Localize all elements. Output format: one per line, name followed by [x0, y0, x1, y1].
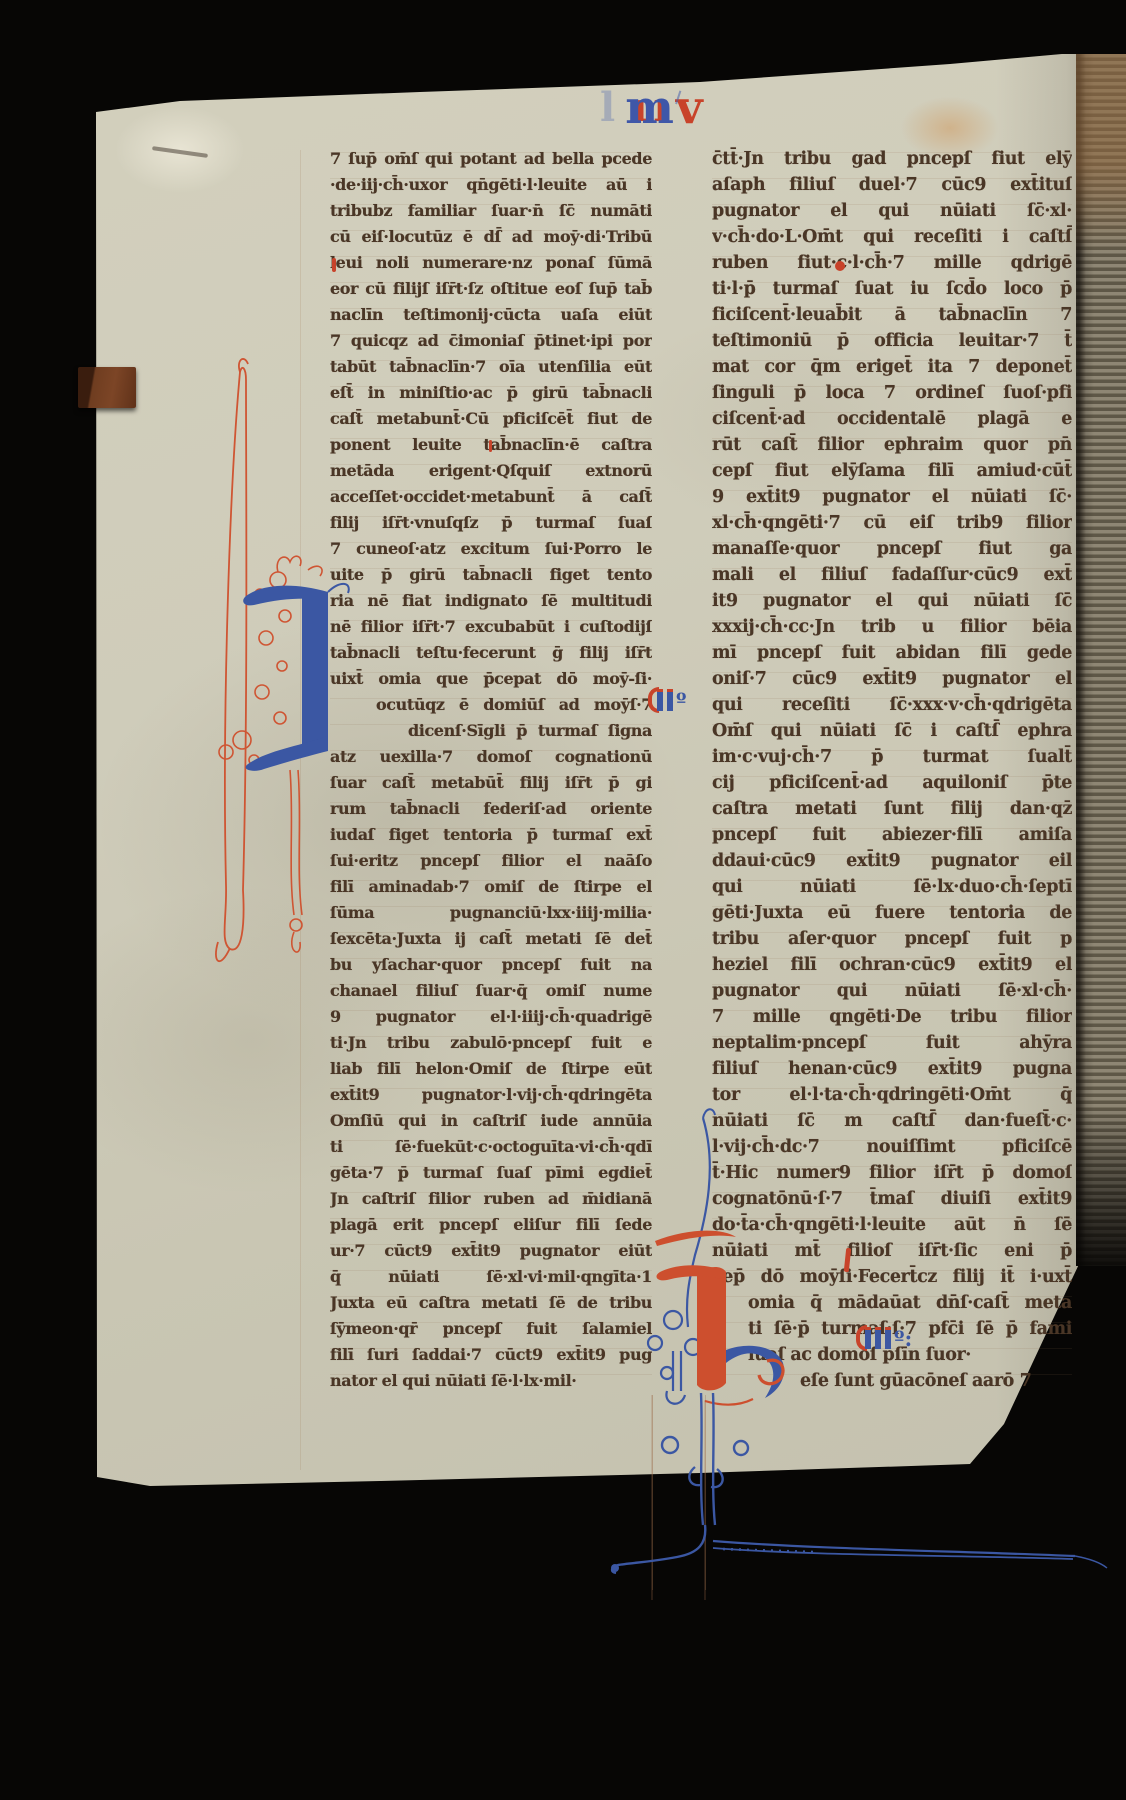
blue-ascender-hook [703, 1109, 715, 1118]
manuscript-line: ti·Jn tribu zabulō·pncepſ fuit e [330, 1030, 652, 1056]
marker-bars [657, 689, 673, 711]
manuscript-line: leui noli numerare·nz ponaſ ſūmā [330, 250, 652, 276]
manuscript-line: qui nūiati ſē·lx·duo·ch̄·ſeptī [712, 874, 1072, 900]
manuscript-line: Om̄ſ qui nūiati ſc̄ i caſtſ̄ ephra [712, 718, 1072, 744]
manuscript-line: caſtra metati ſunt filij dan·qz̄ [712, 796, 1072, 822]
manuscript-line: teſtimoniū p̄ officia leuitar·7 t̄ [712, 328, 1072, 354]
manuscript-line: naclīn teſtimonij·cūcta uaſa eiūt [330, 302, 652, 328]
manuscript-photo: l ıım v 7 ſup̄ om̄ſ qui potant ad bella … [0, 0, 1126, 1800]
manuscript-line: ciſcent̄·ad occidentalē plagā e [712, 406, 1072, 432]
manuscript-line: mat cor q̄m eriget̄ ita 7 deponet̄ [712, 354, 1072, 380]
blue-filigree [648, 1311, 701, 1404]
manuscript-line: liab filī helon·Omiſ de ſtirpe eūt [330, 1056, 652, 1082]
manuscript-line: c̄tt̄·Jn tribu gad pncepſ fiut elȳ [712, 146, 1072, 172]
manuscript-line: 9 ext̄it9 pugnator el nūiati ſc̄· [712, 484, 1072, 510]
manuscript-line: pncepſ fuit abiezer·filī amiſa [712, 822, 1072, 848]
manuscript-line: tribubz familiar ſuar·n̄ ſc̄ numāti [330, 198, 652, 224]
ruling-lines [652, 1395, 705, 1600]
manuscript-line: ·de·iij·ch̄·uxor qn̄gēti·l·leuite aū i [330, 172, 652, 198]
book-fore-edge [1076, 54, 1126, 1266]
manuscript-line: 9 pugnator el·l·iiij·ch̄·quadrigē [330, 1004, 652, 1030]
manuscript-line: ti·l·p̄ turmaſ ſuat iu ſcd̄o loco p̄ [712, 276, 1072, 302]
manuscript-line: im·c·vuj·ch̄·7 p̄ turmat ſualt̄ [712, 744, 1072, 770]
initial-h-penwork [555, 1095, 1126, 1600]
manuscript-line: heziel filī ochran·cūc9 ext̄it9 el [712, 952, 1072, 978]
manuscript-line: 7 mille qngēti·De tribu filior [712, 1004, 1072, 1030]
initial-L-glyph [243, 586, 328, 771]
marker-suffix: º [676, 690, 687, 711]
manuscript-line: xl·ch̄·qngēti·7 cū eiſ trib9 filior [712, 510, 1072, 536]
manuscript-line: filiuſ henan·cūc9 ext̄it9 pugna [712, 1056, 1072, 1082]
manuscript-line: mī pncepſ fuit abidan filī gede [712, 640, 1072, 666]
marker-bar [667, 689, 673, 711]
manuscript-line: eor cū filijſ iſr̄t·ſz oſtitue eoſ ſup̄ … [330, 276, 652, 302]
manuscript-line: aſaph filiuſ duel·7 cūc9 ext̄ituſ [712, 172, 1072, 198]
manuscript-line: cij pficiſcent̄·ad aquiloniſ p̄te [712, 770, 1072, 796]
manuscript-line: pugnator qui nūiati ſē·xl·ch̄· [712, 978, 1072, 1004]
header-letter-m: ıım [625, 84, 674, 130]
manuscript-line: pugnator el qui nūiati ſc̄·xl· [712, 198, 1072, 224]
red-arm-swash [655, 1231, 736, 1246]
manuscript-line: tribu aſer·quor pncepſ fuit p [712, 926, 1072, 952]
blue-foot-and-sweep [611, 1525, 1107, 1573]
red-accent-stroke [489, 440, 492, 452]
red-accent-dot [835, 261, 845, 271]
marker-bar [657, 689, 663, 711]
manuscript-line: manaſſe·quor pncepſ fiut ga [712, 536, 1072, 562]
manuscript-line: ruben fiut·c·l·ch̄·7 mille qdrigē [712, 250, 1072, 276]
red-hairline-loop [216, 359, 248, 961]
manuscript-line: gēti·Juxta eū fuere tentoria de [712, 900, 1072, 926]
initial-L-curl [328, 584, 349, 593]
manuscript-line: cū eiſ·locutūz ē dſ̄ ad moȳ·di·Tribū [330, 224, 652, 250]
manuscript-line: it9 pugnator el qui nūiati ſc̄ [712, 588, 1072, 614]
manuscript-line: 7 ſup̄ om̄ſ qui potant ad bella pcede [330, 146, 652, 172]
bookmark-tab [78, 367, 136, 408]
manuscript-line: oniſ·7 cūc9 ext̄it9 pugnator el [712, 666, 1072, 692]
initial-L-penwork [190, 330, 400, 990]
header-ghost-letter: l [600, 84, 615, 131]
manuscript-line: ficiſcent̄·leuab̄it ā tab̄naclīn 7 [712, 302, 1072, 328]
manuscript-line: xxxij·ch̄·cc·Jn trib u filior bēia [712, 614, 1072, 640]
manuscript-line: mali el filiuſ fadaſſur·cūc9 ext̄ [712, 562, 1072, 588]
manuscript-line: qui receſiti ſc̄·xxx·v·ch̄·qdrigēta [712, 692, 1072, 718]
manuscript-line: cepſ fiut elȳſama filī amiud·cūt̄ [712, 458, 1072, 484]
manuscript-line: ſinguli p̄ loca 7 ordineſ ſuoſ·pfi [712, 380, 1072, 406]
manuscript-line: neptalim·pncepſ fuit ahȳra [712, 1030, 1072, 1056]
manuscript-line: ddaui·cūc9 ext̄it9 pugnator eil [712, 848, 1072, 874]
red-accent-stroke [332, 258, 336, 272]
chapter-marker-2: º [648, 684, 687, 716]
manuscript-line: v·ch̄·do·L·Om̄t qui receſiti i caſtſ̄ [712, 224, 1072, 250]
manuscript-line: rūt caſt̄ filior ephraim quor pn̄ [712, 432, 1072, 458]
